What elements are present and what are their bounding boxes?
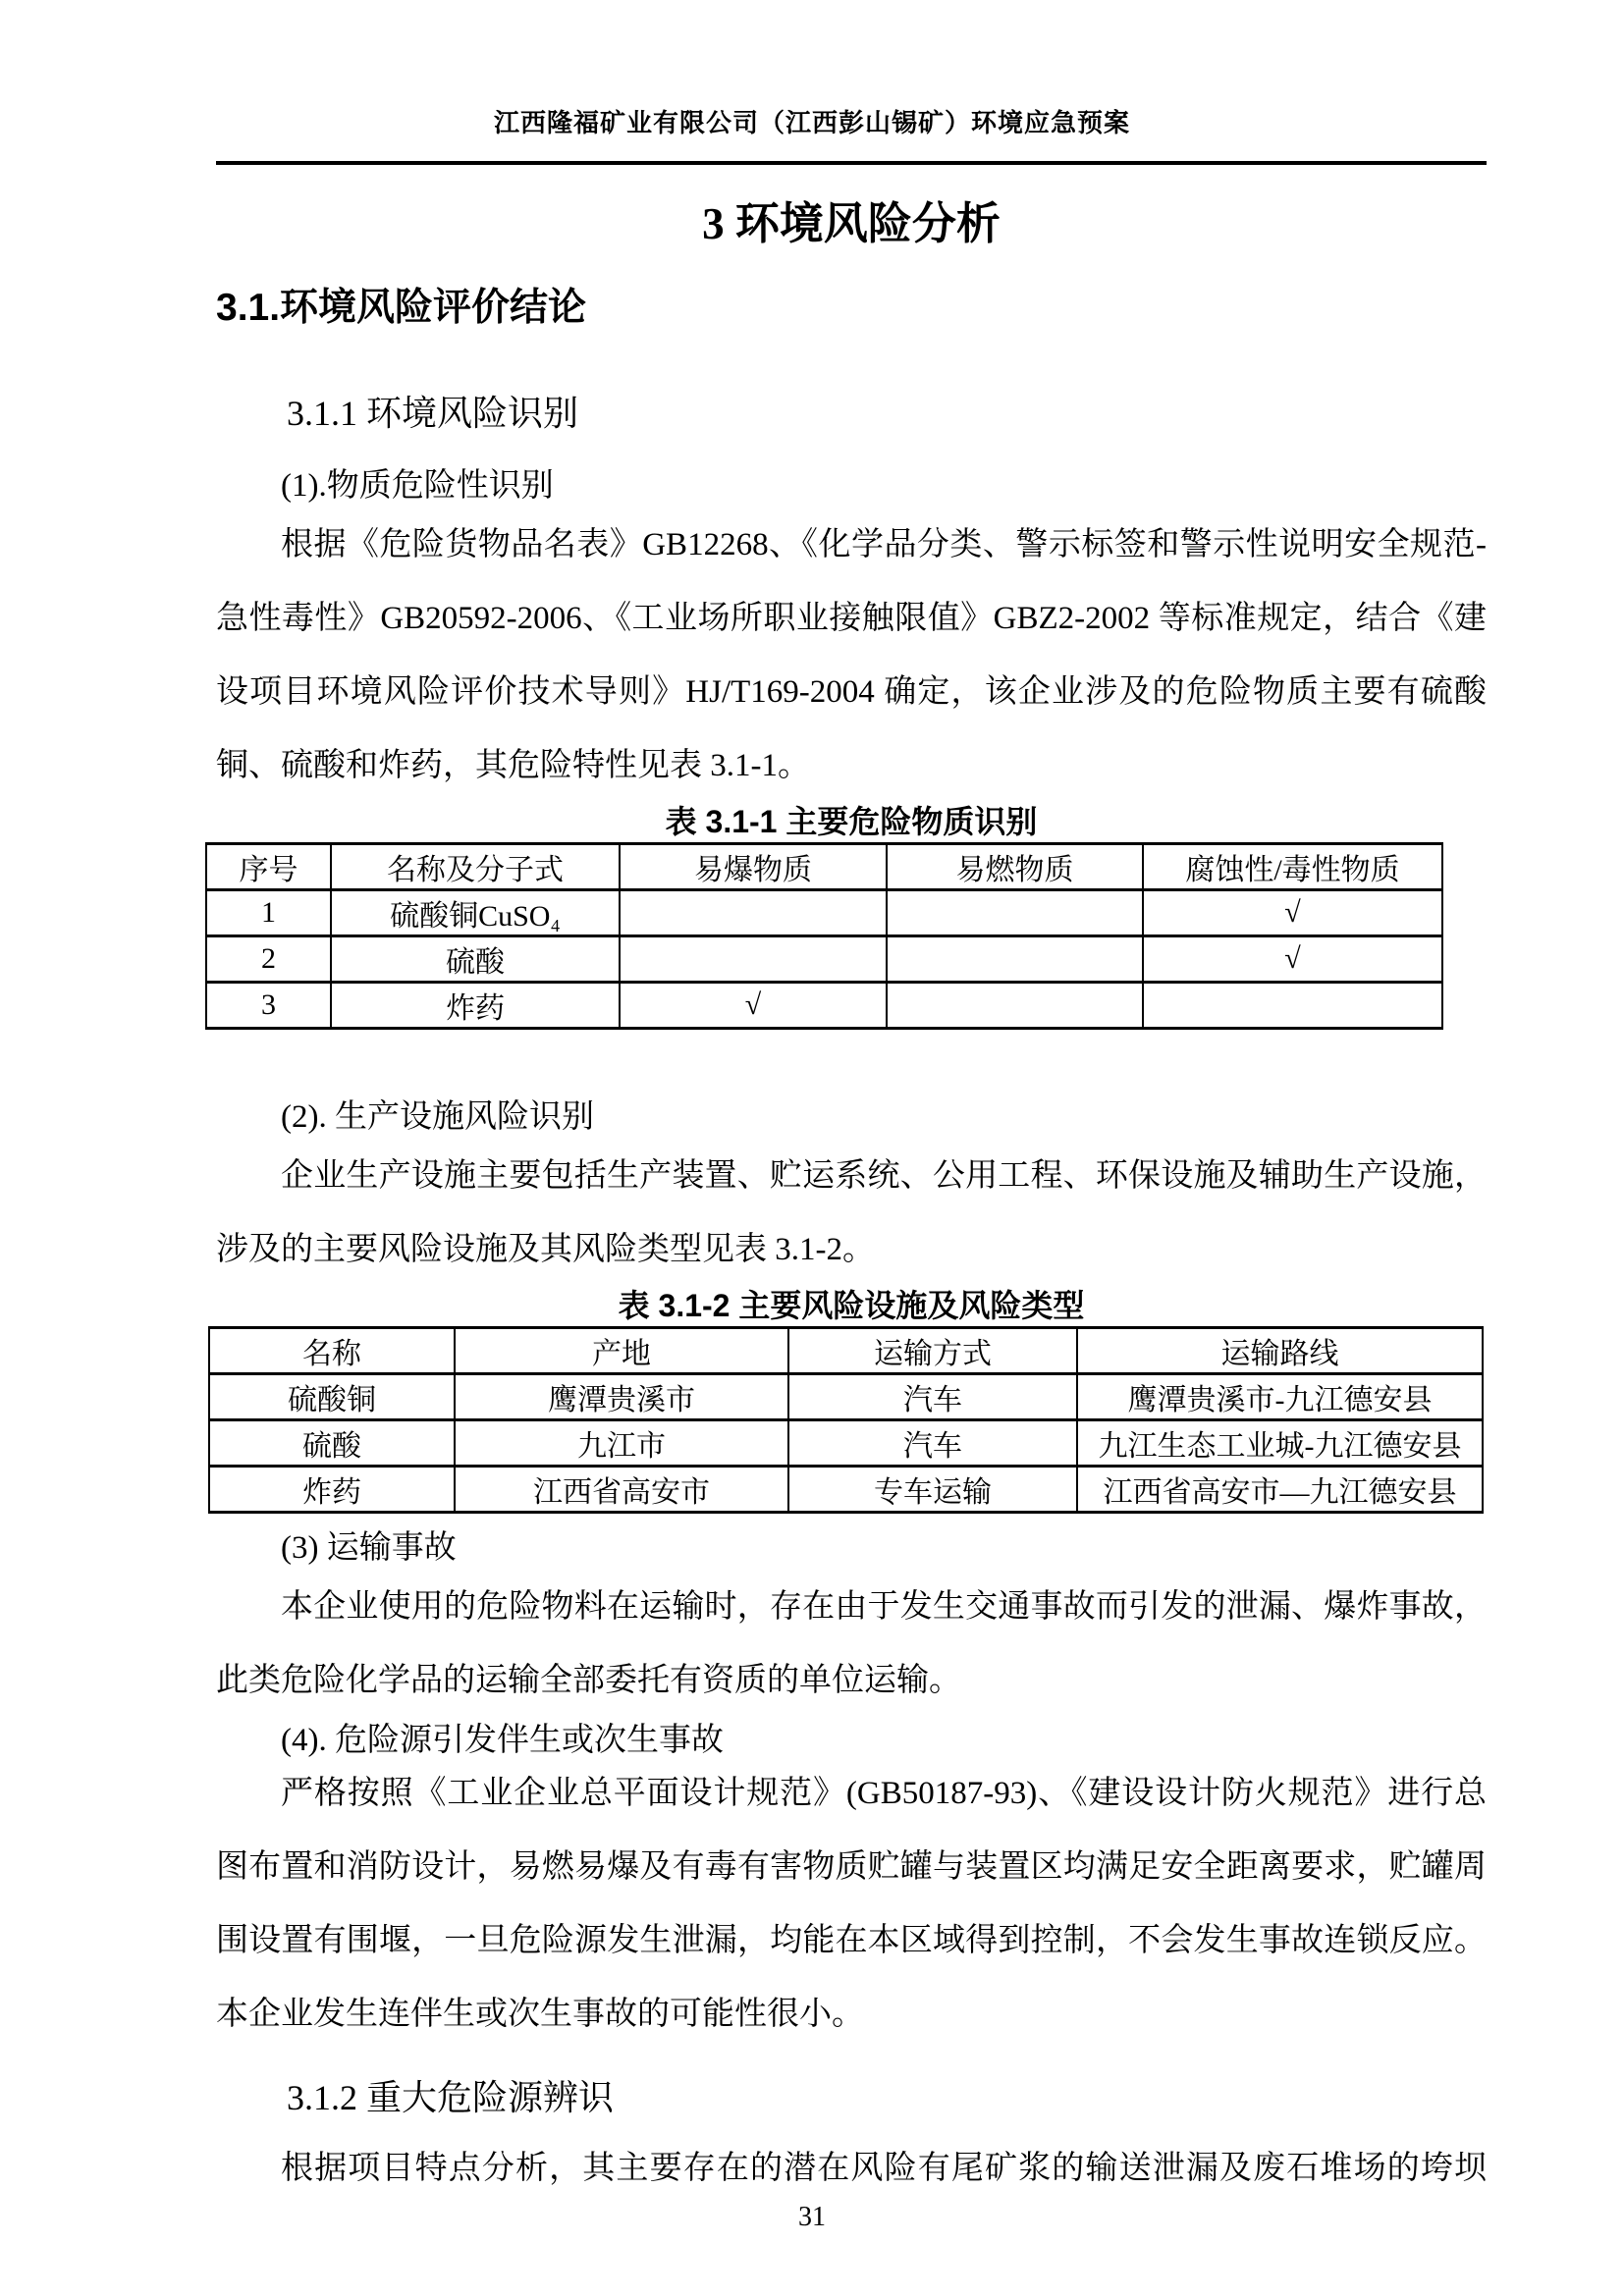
paragraph-facility-risk: 企业生产设施主要包括生产装置、贮运系统、公用工程、环保设施及辅助生产设施，涉及的… [216, 1140, 1487, 1287]
col-header-name: 名称 [209, 1328, 455, 1374]
col-header-origin: 产地 [455, 1328, 788, 1374]
list-item-1: (1).物质危险性识别 [216, 463, 1487, 508]
table-2-title: 表 3.1-2 主要风险设施及风险类型 [216, 1287, 1487, 1324]
header-divider-rule [216, 161, 1487, 165]
cell-transport-route: 九江生态工业城-九江德安县 [1077, 1420, 1483, 1467]
cell-transport-mode: 汽车 [788, 1420, 1077, 1467]
cell-flammable [887, 936, 1143, 983]
section-3-1-1-heading: 3.1.1 环境风险识别 [216, 391, 1487, 436]
table-row: 炸药 江西省高安市 专车运输 江西省高安市—九江德安县 [209, 1467, 1483, 1513]
table-risk-facilities: 名称 产地 运输方式 运输路线 硫酸铜 鹰潭贵溪市 汽车 鹰潭贵溪市-九江德安县… [208, 1326, 1484, 1514]
cell-name: 硫酸铜CuSO₄ [331, 890, 620, 936]
paragraph-material-hazard: 根据《危险货物品名表》GB12268、《化学品分类、警示标签和警示性说明安全规范… [216, 508, 1487, 803]
table-header-row: 序号 名称及分子式 易爆物质 易燃物质 腐蚀性/毒性物质 [206, 844, 1442, 890]
cell-flammable [887, 983, 1143, 1029]
cell-explosive [620, 890, 887, 936]
cell-explosive: √ [620, 983, 887, 1029]
paragraph-transport-accident: 本企业使用的危险物料在运输时，存在由于发生交通事故而引发的泄漏、爆炸事故，此类危… [216, 1571, 1487, 1718]
cell-flammable [887, 890, 1143, 936]
table-row: 2 硫酸 √ [206, 936, 1442, 983]
col-header-transport-mode: 运输方式 [788, 1328, 1077, 1374]
paragraph-major-hazard: 根据项目特点分析，其主要存在的潜在风险有尾矿浆的输送泄漏及废石堆场的垮坝 [216, 2136, 1487, 2201]
document-page: 江西隆福矿业有限公司（江西彭山锡矿）环境应急预案 3 环境风险分析 3.1.环境… [0, 0, 1624, 2296]
cell-corrosive-toxic: √ [1143, 890, 1442, 936]
cell-corrosive-toxic: √ [1143, 936, 1442, 983]
cell-transport-route: 江西省高安市—九江德安县 [1077, 1467, 1483, 1513]
table-row: 1 硫酸铜CuSO₄ √ [206, 890, 1442, 936]
cell-transport-route: 鹰潭贵溪市-九江德安县 [1077, 1374, 1483, 1420]
table-1-title: 表 3.1-1 主要危险物质识别 [216, 803, 1487, 840]
chapter-title: 3 环境风险分析 [216, 196, 1487, 251]
table-hazardous-materials: 序号 名称及分子式 易爆物质 易燃物质 腐蚀性/毒性物质 1 硫酸铜CuSO₄ … [205, 842, 1443, 1030]
cell-index: 1 [206, 890, 331, 936]
col-header-explosive: 易爆物质 [620, 844, 887, 890]
cell-index: 2 [206, 936, 331, 983]
col-header-corrosive-toxic: 腐蚀性/毒性物质 [1143, 844, 1442, 890]
table-header-row: 名称 产地 运输方式 运输路线 [209, 1328, 1483, 1374]
cell-transport-mode: 汽车 [788, 1374, 1077, 1420]
table-row: 硫酸 九江市 汽车 九江生态工业城-九江德安县 [209, 1420, 1483, 1467]
cell-origin: 江西省高安市 [455, 1467, 788, 1513]
list-item-2: (2). 生产设施风险识别 [216, 1095, 1487, 1140]
col-header-index: 序号 [206, 844, 331, 890]
cell-explosive [620, 936, 887, 983]
table-row: 3 炸药 √ [206, 983, 1442, 1029]
cell-name: 硫酸 [331, 936, 620, 983]
page-header-title: 江西隆福矿业有限公司（江西彭山锡矿）环境应急预案 [0, 0, 1624, 139]
section-3-1-heading: 3.1.环境风险评价结论 [216, 285, 1487, 332]
cell-corrosive-toxic [1143, 983, 1442, 1029]
cell-name: 炸药 [209, 1467, 455, 1513]
cell-name: 硫酸 [209, 1420, 455, 1467]
section-3-1-2-heading: 3.1.2 重大危险源辨识 [216, 2075, 1487, 2120]
page-number: 31 [0, 2201, 1624, 2234]
col-header-transport-route: 运输路线 [1077, 1328, 1483, 1374]
list-item-3: (3) 运输事故 [216, 1525, 1487, 1571]
paragraph-secondary-accident: 严格按照《工业企业总平面设计规范》(GB50187-93)、《建设设计防火规范》… [216, 1757, 1487, 2052]
cell-origin: 九江市 [455, 1420, 788, 1467]
cell-name: 硫酸铜 [209, 1374, 455, 1420]
cell-transport-mode: 专车运输 [788, 1467, 1077, 1513]
cell-index: 3 [206, 983, 331, 1029]
table-row: 硫酸铜 鹰潭贵溪市 汽车 鹰潭贵溪市-九江德安县 [209, 1374, 1483, 1420]
cell-origin: 鹰潭贵溪市 [455, 1374, 788, 1420]
cell-name: 炸药 [331, 983, 620, 1029]
col-header-flammable: 易燃物质 [887, 844, 1143, 890]
col-header-name-formula: 名称及分子式 [331, 844, 620, 890]
